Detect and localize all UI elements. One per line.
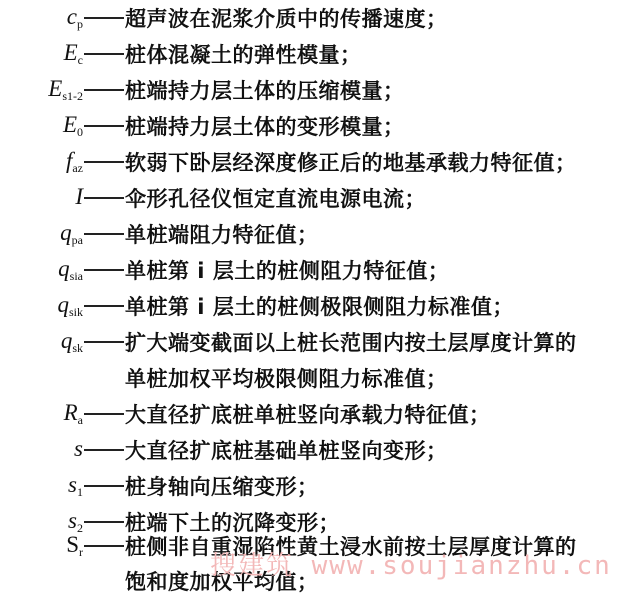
definition: 大直径扩底桩基础单桩竖向变形； <box>125 435 448 465</box>
definition-continuation: 单桩加权平均极限侧阻力标准值； <box>125 363 448 393</box>
em-dash <box>84 161 124 163</box>
definition: 桩体混凝土的弹性模量； <box>125 39 362 69</box>
entry-i: I 伞形孔径仪恒定直流电源电流； <box>0 182 426 214</box>
symbol: s1 <box>68 472 83 500</box>
symbol: qsia <box>58 256 83 284</box>
entry-s: s 大直径扩底桩基础单桩竖向变形； <box>0 434 448 466</box>
entry-qpa: qpa 单桩端阻力特征值； <box>0 218 319 250</box>
definition: 超声波在泥浆介质中的传播速度； <box>125 3 448 33</box>
watermark: 搜建筑 www.soujianzhu.cn <box>210 545 612 582</box>
symbol: s <box>74 436 83 464</box>
definition: 桩身轴向压缩变形； <box>125 471 319 501</box>
entry-s1: s1 桩身轴向压缩变形； <box>0 470 319 502</box>
em-dash <box>84 233 124 235</box>
symbol: Ra <box>64 400 83 428</box>
entry-faz: faz 软弱下卧层经深度修正后的地基承载力特征值； <box>0 146 577 178</box>
em-dash <box>84 413 124 415</box>
em-dash <box>84 449 124 451</box>
definition: 单桩第 i 层土的桩侧阻力特征值； <box>125 255 449 285</box>
symbol: E0 <box>63 112 83 140</box>
symbol: cp <box>67 4 83 32</box>
entry-ec: Ec 桩体混凝土的弹性模量； <box>0 38 362 70</box>
symbol-definition-list: cp 超声波在泥浆介质中的传播速度； Ec 桩体混凝土的弹性模量； Es1-2 … <box>0 0 624 600</box>
symbol: qpa <box>60 220 83 248</box>
symbol: Ec <box>64 40 83 68</box>
symbol: Es1-2 <box>48 76 83 104</box>
em-dash <box>84 269 124 271</box>
symbol: qsk <box>61 328 83 356</box>
em-dash <box>84 545 124 547</box>
entry-qsia: qsia 单桩第 i 层土的桩侧阻力特征值； <box>0 254 449 286</box>
em-dash <box>84 305 124 307</box>
symbol: I <box>75 184 83 212</box>
definition: 单桩第 i 层土的桩侧极限侧阻力标准值； <box>125 291 514 321</box>
symbol: qsik <box>57 292 83 320</box>
em-dash <box>84 341 124 343</box>
em-dash <box>84 197 124 199</box>
entry-qsk: qsk 扩大端变截面以上桩长范围内按土层厚度计算的 <box>0 326 577 358</box>
definition: 桩端持力层土体的压缩模量； <box>125 75 405 105</box>
em-dash <box>84 521 124 523</box>
definition: 大直径扩底桩单桩竖向承载力特征值； <box>125 399 491 429</box>
definition: 扩大端变截面以上桩长范围内按土层厚度计算的 <box>125 327 577 357</box>
entry-qsk-continuation: 单桩加权平均极限侧阻力标准值； <box>125 362 448 394</box>
em-dash <box>84 17 124 19</box>
entry-qsik: qsik 单桩第 i 层土的桩侧极限侧阻力标准值； <box>0 290 514 322</box>
entry-es12: Es1-2 桩端持力层土体的压缩模量； <box>0 74 405 106</box>
definition: 桩端持力层土体的变形模量； <box>125 111 405 141</box>
definition: 单桩端阻力特征值； <box>125 219 319 249</box>
symbol: Sr <box>66 532 83 560</box>
entry-e0: E0 桩端持力层土体的变形模量； <box>0 110 405 142</box>
em-dash <box>84 485 124 487</box>
symbol: faz <box>66 148 83 176</box>
definition: 伞形孔径仪恒定直流电源电流； <box>125 183 426 213</box>
em-dash <box>84 53 124 55</box>
definition: 软弱下卧层经深度修正后的地基承载力特征值； <box>125 147 577 177</box>
em-dash <box>84 89 124 91</box>
entry-ra: Ra 大直径扩底桩单桩竖向承载力特征值； <box>0 398 491 430</box>
entry-cp: cp 超声波在泥浆介质中的传播速度； <box>0 2 448 34</box>
em-dash <box>84 125 124 127</box>
